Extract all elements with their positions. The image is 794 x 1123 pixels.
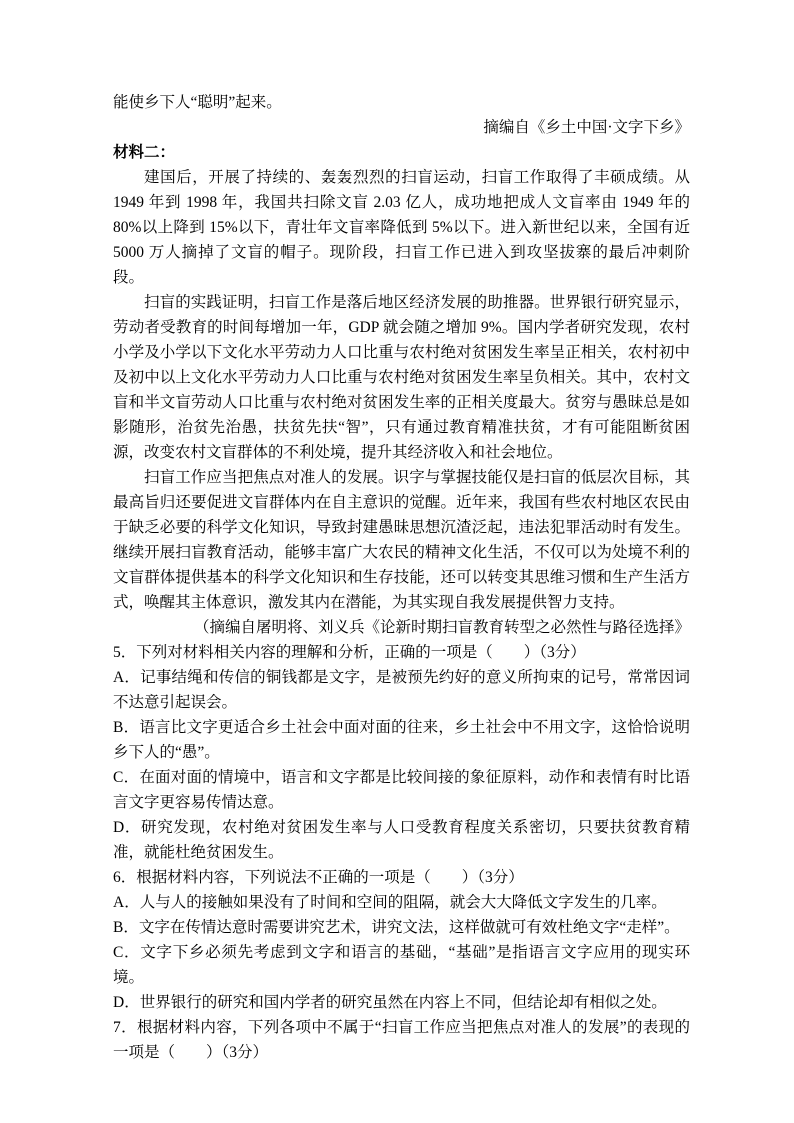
question-6-option-c: C．文字下乡必须先考虑到文字和语言的基础，“基础”是指语言文字应用的现实环境。: [113, 940, 690, 990]
question-5-option-c: C．在面对面的情境中，语言和文字都是比较间接的象征原料，动作和表情有时比语言文字…: [113, 765, 690, 815]
question-5: 5．下列对材料相关内容的理解和分析，正确的一项是（ ）（3分） A．记事结绳和传…: [113, 640, 690, 865]
question-6-option-a: A．人与人的接触如果没有了时间和空间的阻隔，就会大大降低文字发生的几率。: [113, 890, 690, 915]
material-two-paragraph-2: 扫盲的实践证明，扫盲工作是落后地区经济发展的助推器。世界银行研究显示，劳动者受教…: [113, 290, 690, 465]
question-5-option-d: D．研究发现，农村绝对贫困发生率与人口受教育程度关系密切，只要扶贫教育精准，就能…: [113, 815, 690, 865]
question-7: 7．根据材料内容，下列各项中不属于“扫盲工作应当把焦点对准人的发展”的表现的一项…: [113, 1015, 690, 1065]
document-page: 能使乡下人“聪明”起来。 摘编自《乡土中国·文字下乡》 材料二： 建国后，开展了…: [0, 0, 794, 1123]
question-5-option-a: A．记事结绳和传信的铜钱都是文字，是被预先约好的意义所拘束的记号，常常因词不达意…: [113, 665, 690, 715]
question-6-option-d: D．世界银行的研究和国内学者的研究虽然在内容上不同，但结论却有相似之处。: [113, 990, 690, 1015]
question-5-stem: 5．下列对材料相关内容的理解和分析，正确的一项是（ ）（3分）: [113, 640, 690, 665]
material-two-heading: 材料二：: [113, 140, 690, 165]
question-7-stem: 7．根据材料内容，下列各项中不属于“扫盲工作应当把焦点对准人的发展”的表现的一项…: [113, 1015, 690, 1065]
continuation-text: 能使乡下人“聪明”起来。: [113, 90, 690, 115]
material-two-attribution: （摘编自屠明将、刘义兵《论新时期扫盲教育转型之必然性与路径选择》: [113, 615, 690, 640]
material-two-paragraph-1: 建国后，开展了持续的、轰轰烈烈的扫盲运动，扫盲工作取得了丰硕成绩。从 1949 …: [113, 165, 690, 290]
question-5-option-b: B．语言比文字更适合乡土社会中面对面的往来，乡土社会中不用文字，这恰恰说明乡下人…: [113, 715, 690, 765]
material-two-paragraph-3: 扫盲工作应当把焦点对准人的发展。识字与掌握技能仅是扫盲的低层次目标，其最高旨归还…: [113, 465, 690, 615]
question-6: 6．根据材料内容，下列说法不正确的一项是（ ）（3分） A．人与人的接触如果没有…: [113, 865, 690, 1015]
material-one-attribution: 摘编自《乡土中国·文字下乡》: [113, 115, 690, 140]
question-6-stem: 6．根据材料内容，下列说法不正确的一项是（ ）（3分）: [113, 865, 690, 890]
question-6-option-b: B．文字在传情达意时需要讲究艺术，讲究文法，这样做就可有效杜绝文字“走样”。: [113, 915, 690, 940]
page-content: 能使乡下人“聪明”起来。 摘编自《乡土中国·文字下乡》 材料二： 建国后，开展了…: [113, 90, 690, 1065]
